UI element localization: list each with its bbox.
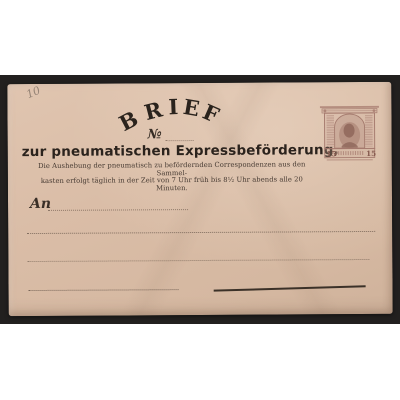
headline: zur pneumatischen Expressbeförderung, (22, 142, 314, 160)
stamp-value-right: 15 (366, 149, 376, 158)
stamp-value-left: 15 (326, 149, 336, 158)
brief-letter: I (168, 94, 179, 119)
address-line-3-solid (213, 275, 365, 291)
stamp-imprint: 15 15 (317, 100, 381, 164)
stamp-value-tablet: 15 15 (325, 148, 376, 160)
address-line-2 (27, 249, 369, 262)
stamp-portrait (334, 114, 364, 148)
photo-backdrop: 10 B R I E F № zur pneumatischen Express… (0, 75, 400, 324)
brief-letter: R (142, 97, 165, 126)
numero-symbol: № (148, 127, 162, 142)
brief-letter: E (181, 94, 201, 121)
an-dotted-line (48, 199, 188, 211)
envelope: 10 B R I E F № zur pneumatischen Express… (7, 82, 392, 316)
address-line-1 (27, 221, 375, 234)
address-line-3-dotted (28, 279, 178, 291)
notice-text: Die Aushebung der pneumatisch zu beförde… (26, 161, 318, 193)
brief-letter: F (199, 99, 223, 128)
stamp-pediment (320, 106, 379, 113)
brief-letter: B (115, 106, 142, 136)
photo-canvas: 10 B R I E F № zur pneumatischen Express… (0, 0, 400, 400)
pencil-note: 10 (24, 84, 42, 101)
brief-title: B R I E F (7, 82, 391, 84)
numero-dotted-line (166, 130, 194, 141)
notice-line-2: kasten erfolgt täglich in der Zeit von 7… (26, 176, 318, 193)
